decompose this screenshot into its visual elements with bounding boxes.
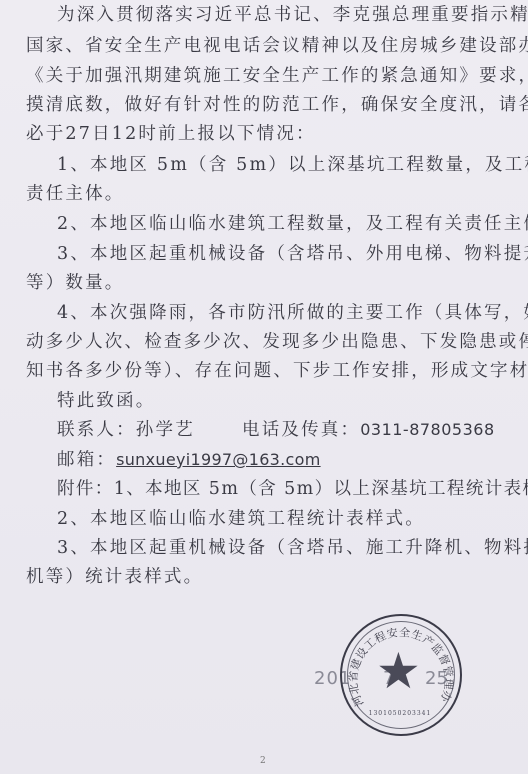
document-page: 为深入贯彻落实习近平总书记、李克强总理重要指示精神和 国家、省安全生产电视电话会… bbox=[0, 0, 528, 774]
attachment-line: 机等）统计表样式。 bbox=[26, 566, 506, 588]
attachment-line: 附件：1、本地区 5m（含 5m）以上深基坑工程统计表样式。 bbox=[57, 478, 528, 500]
official-seal: 河北省建设工程安全生产监督管理办公室 ★ 1301050203341 bbox=[340, 614, 462, 736]
attachment-line: 3、本地区起重机械设备（含塔吊、施工升降机、物料提升 bbox=[57, 537, 528, 559]
item-2-line: 2、本地区临山临水建筑工程数量，及工程有关责任主体。 bbox=[57, 213, 528, 235]
star-icon: ★ bbox=[376, 646, 421, 696]
item-3-line: 等）数量。 bbox=[26, 272, 506, 294]
phone-number: 0311-87805368 bbox=[360, 420, 494, 439]
page-number: 2 bbox=[260, 756, 266, 766]
item-4-line: 知书各多少份等）、存在问题、下步工作安排，形成文字材料。 bbox=[26, 360, 506, 382]
phone-label: 电话及传真： bbox=[242, 420, 360, 440]
attachment-line: 2、本地区临山临水建筑工程统计表样式。 bbox=[57, 508, 528, 530]
item-1-line: 1、本地区 5m（含 5m）以上深基坑工程数量，及工程有关 bbox=[57, 154, 528, 176]
contact-phone: 电话及传真：0311-87805368 bbox=[242, 419, 495, 441]
seal-code: 1301050203341 bbox=[350, 710, 450, 717]
item-1-line: 责任主体。 bbox=[26, 183, 506, 205]
item-4-line: 动多少人次、检查多少次、发现多少出隐患、下发隐患或停工通 bbox=[26, 331, 506, 353]
item-4-line: 4、本次强降雨，各市防汛所做的主要工作（具体写，如出 bbox=[57, 302, 528, 324]
closing-line: 特此致函。 bbox=[57, 390, 528, 412]
body-line: 为深入贯彻落实习近平总书记、李克强总理重要指示精神和 bbox=[57, 4, 528, 26]
item-3-line: 3、本地区起重机械设备（含塔吊、外用电梯、物料提升机 bbox=[57, 243, 528, 265]
body-line: 必于27日12时前上报以下情况： bbox=[26, 123, 506, 145]
email-link[interactable]: sunxueyi1997@163.com bbox=[116, 450, 321, 469]
body-line: 《关于加强汛期建筑施工安全生产工作的紧急通知》要求，及时 bbox=[26, 65, 506, 87]
email-label: 邮箱： bbox=[57, 450, 116, 470]
body-line: 摸清底数，做好有针对性的防范工作，确保安全度汛，请各市务 bbox=[26, 94, 506, 116]
contact-email: 邮箱：sunxueyi1997@163.com bbox=[57, 449, 528, 471]
body-line: 国家、省安全生产电视电话会议精神以及住房城乡建设部办公厅 bbox=[26, 35, 506, 57]
